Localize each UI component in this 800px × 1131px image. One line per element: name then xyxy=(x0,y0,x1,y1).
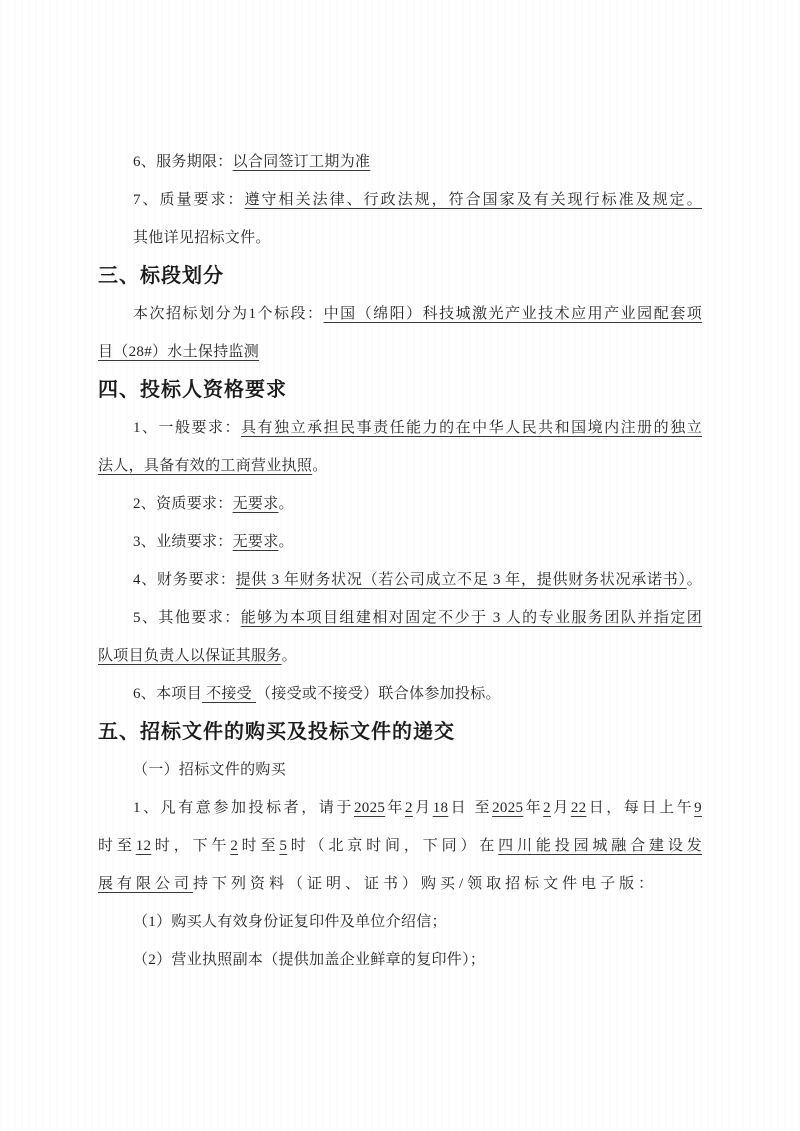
text-run: 7、质量要求： xyxy=(133,192,245,208)
text-run: 。 xyxy=(279,496,294,512)
text-run: 日 至 xyxy=(448,800,492,816)
underlined-text-run: 2 xyxy=(405,800,413,816)
heading-document-purchase: 五、招标文件的购买及投标文件的递交 xyxy=(98,713,702,751)
text-run: 。 xyxy=(282,648,297,664)
underlined-text-run: 具有独立承担民事责任能力的在中华人民共和国境内注册的独立 xyxy=(241,420,702,436)
line-consortium: 6、本项目 不接受 （接受或不接受）联合体参加投标。 xyxy=(98,675,702,713)
underlined-text-run: 无要求 xyxy=(233,496,279,512)
line-financial-requirement: 4、财务要求：提供 3 年财务状况（若公司成立不足 3 年，提供财务状况承诺书）… xyxy=(98,561,702,599)
line-qualification-requirement: 2、资质要求：无要求。 xyxy=(98,485,702,523)
text-run: （1）购买人有效身份证复印件及单位介绍信； xyxy=(133,914,447,930)
line-purchase-subtitle: （一）招标文件的购买 xyxy=(98,751,702,789)
underlined-text-run: 展有限公司 xyxy=(98,876,193,892)
text-run: 时，下午 xyxy=(151,838,230,854)
text-run: 6、服务期限： xyxy=(133,154,233,170)
underlined-text-run: 2025 xyxy=(492,800,523,816)
line-purchase-item-2: （2）营业执照副本（提供加盖企业鲜章的复印件）； xyxy=(98,941,702,979)
underlined-text-run: 遵守相关法律、行政法规，符合国家及有关现行标准及规定。 xyxy=(245,192,702,208)
text-run: 1、凡有意参加投标者，请于 xyxy=(133,800,354,816)
line-quality-requirement: 7、质量要求：遵守相关法律、行政法规，符合国家及有关现行标准及规定。 xyxy=(98,181,702,219)
text-run: 月 xyxy=(413,800,433,816)
document-content: 6、服务期限：以合同签订工期为准 7、质量要求：遵守相关法律、行政法规，符合国家… xyxy=(98,143,702,979)
line-performance-requirement: 3、业绩要求：无要求。 xyxy=(98,523,702,561)
line-other-requirement-2: 队项目负责人以保证其服务。 xyxy=(98,637,702,675)
line-purchase-time-2: 时至12时，下午2时至5时（北京时间，下同）在四川能投园城融合建设发 xyxy=(98,827,702,865)
text-run: 。 xyxy=(687,572,702,588)
underlined-text-run: 中国（绵阳）科技城激光产业技术应用产业园配套项 xyxy=(324,306,702,322)
underlined-text-run: 目（28#）水土保持监测 xyxy=(98,344,259,360)
line-other-details: 其他详见招标文件。 xyxy=(98,219,702,257)
text-run: 时至 xyxy=(238,838,279,854)
line-section-division-2: 目（28#）水土保持监测 xyxy=(98,333,702,371)
line-general-requirement-1: 1、一般要求：具有独立承担民事责任能力的在中华人民共和国境内注册的独立 xyxy=(98,409,702,447)
text-run: 日，每日上午 xyxy=(586,800,694,816)
text-run: 本次招标划分为1个标段： xyxy=(133,306,324,322)
underlined-text-run: 不接受 xyxy=(202,686,256,702)
underlined-text-run: 9 xyxy=(694,800,702,816)
document-page: 6、服务期限：以合同签订工期为准 7、质量要求：遵守相关法律、行政法规，符合国家… xyxy=(0,0,800,1131)
text-run: （接受或不接受）联合体参加投标。 xyxy=(256,686,501,702)
underlined-text-run: 2025 xyxy=(354,800,385,816)
line-purchase-time-1: 1、凡有意参加投标者，请于2025年2月18日 至2025年2月22日，每日上午… xyxy=(98,789,702,827)
text-run: 时至 xyxy=(98,838,136,854)
heading-bidder-qualification: 四、投标人资格要求 xyxy=(98,371,702,409)
line-general-requirement-2: 法人，具备有效的工商营业执照。 xyxy=(98,447,702,485)
text-run: 2、资质要求： xyxy=(133,496,233,512)
underlined-text-run: 能够为本项目组建相对固定不少于 3 人的专业服务团队并指定团 xyxy=(241,610,702,626)
underlined-text-run: 无要求 xyxy=(233,534,279,550)
text-run: 五、招标文件的购买及投标文件的递交 xyxy=(98,721,455,743)
text-run: 三、标段划分 xyxy=(98,265,224,287)
line-purchase-item-1: （1）购买人有效身份证复印件及单位介绍信； xyxy=(98,903,702,941)
line-other-requirement-1: 5、其他要求：能够为本项目组建相对固定不少于 3 人的专业服务团队并指定团 xyxy=(98,599,702,637)
text-run: 5、其他要求： xyxy=(133,610,241,626)
underlined-text-run: 12 xyxy=(136,838,152,854)
underlined-text-run: 提供 3 年财务状况（若公司成立不足 3 年，提供财务状况承诺书） xyxy=(236,572,687,588)
text-run: 时（北京时间，下同）在 xyxy=(287,838,498,854)
underlined-text-run: 队项目负责人以保证其服务 xyxy=(98,648,282,664)
text-run: 其他详见招标文件。 xyxy=(133,230,271,246)
line-purchase-time-3: 展有限公司持下列资料（证明、证书）购买/领取招标文件电子版： xyxy=(98,865,702,903)
underlined-text-run: 18 xyxy=(433,800,449,816)
text-run: 3、业绩要求： xyxy=(133,534,233,550)
text-run: 。 xyxy=(279,534,294,550)
text-run: 年 xyxy=(523,800,543,816)
line-service-period: 6、服务期限：以合同签订工期为准 xyxy=(98,143,702,181)
text-run: 持下列资料（证明、证书）购买/领取招标文件电子版： xyxy=(193,876,657,892)
underlined-text-run: 2 xyxy=(543,800,551,816)
text-run: 6、本项目 xyxy=(133,686,202,702)
underlined-text-run: 法人，具备有效的工商营业执照 xyxy=(98,458,312,474)
text-run: 月 xyxy=(551,800,571,816)
text-run: 1、一般要求： xyxy=(133,420,241,436)
underlined-text-run: 四川能投园城融合建设发 xyxy=(498,838,702,854)
underlined-text-run: 以合同签订工期为准 xyxy=(233,154,371,170)
text-run: （2）营业执照副本（提供加盖企业鲜章的复印件）； xyxy=(133,952,485,968)
text-run: 年 xyxy=(385,800,405,816)
text-run: 4、财务要求： xyxy=(133,572,236,588)
underlined-text-run: 22 xyxy=(571,800,587,816)
underlined-text-run: 2 xyxy=(230,838,238,854)
heading-section-division: 三、标段划分 xyxy=(98,257,702,295)
text-run: 。 xyxy=(312,458,327,474)
text-run: 四、投标人资格要求 xyxy=(98,379,287,401)
text-run: （一）招标文件的购买 xyxy=(133,762,286,778)
line-section-division-1: 本次招标划分为1个标段：中国（绵阳）科技城激光产业技术应用产业园配套项 xyxy=(98,295,702,333)
